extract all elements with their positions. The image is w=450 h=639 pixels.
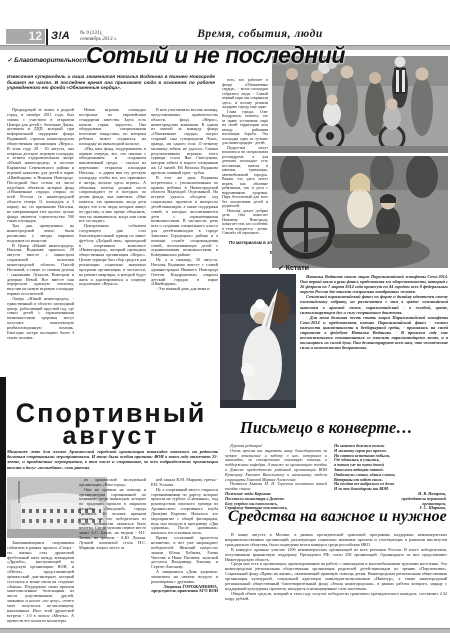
sport-lead: Минувшее лето для членов Арзамасской гор… xyxy=(7,449,218,470)
funds-text: В конце августа в Москве, в рамках прези… xyxy=(225,533,447,607)
rubric-title: Время, события, люди xyxy=(150,28,370,40)
letter-headline: Письмецо в конверте… xyxy=(240,418,450,438)
sport-column-1: Запоминающимся спортивным событием в рам… xyxy=(7,541,74,629)
issue-info: № 9 (131), сентябрь 2013 г. xyxy=(80,30,117,42)
section-label-charity: ✓ Благотворительность xyxy=(7,56,92,64)
photo-vodianova-torch xyxy=(220,274,296,408)
section-label-kstati: ✓ Кстати xyxy=(278,264,309,272)
letter-column-1: Дорогая редакция!Очень просим вас вырази… xyxy=(225,444,327,510)
sport-column-3: ней заняла В.М. Маркова, третья - Р.Н. У… xyxy=(151,478,218,629)
newspaper-page: 12 З!А № 9 (131), сентябрь 2013 г. Время… xyxy=(0,0,450,639)
sport-column-3-text: ней заняла В.М. Маркова, третья - Р.Н. У… xyxy=(151,478,218,585)
article-column-3: В нем участвовали восемь команд, предста… xyxy=(151,108,218,418)
kstati-text: Наталья Водянова стала лицом Паралимпийс… xyxy=(220,274,448,418)
letter-intro: Дорогая редакция!Очень просим вас вырази… xyxy=(225,444,327,492)
article-lead: Известная супермодель и наша знаменитая … xyxy=(7,74,215,91)
article-headline: Сотый и не последний xyxy=(86,42,386,69)
funds-headline: Средства на важное и нужное xyxy=(228,508,450,526)
page-number: 12 xyxy=(6,29,45,44)
letter-column-2: По наказам божиим пошлиИ молитву сорок р… xyxy=(334,444,446,510)
photo-crowd-wheelchairs xyxy=(272,56,448,153)
footer-rule xyxy=(0,628,450,633)
newspaper-logo: З!А xyxy=(51,30,70,42)
article-column-1: Предыдущий ее визит в родной город, в ок… xyxy=(7,108,74,400)
sport-headline-line2: август xyxy=(4,425,218,447)
article-column-2: Новая игровая площадка построена по евро… xyxy=(79,108,146,400)
header-divider xyxy=(46,29,48,45)
scan-shadow-strip xyxy=(0,377,6,557)
sport-signature-role: председатель правления АГО ВОИ xyxy=(151,589,218,594)
photo-woman-child-car xyxy=(272,156,448,268)
letter-poem-part2: По наказам божиим пошлиИ молитву сорок р… xyxy=(334,444,446,492)
sport-column-2: из арзамасской молодежной организации «Н… xyxy=(79,478,146,629)
article-column-4: всех, кто работает в фонде «Обнаженные с… xyxy=(222,78,268,236)
